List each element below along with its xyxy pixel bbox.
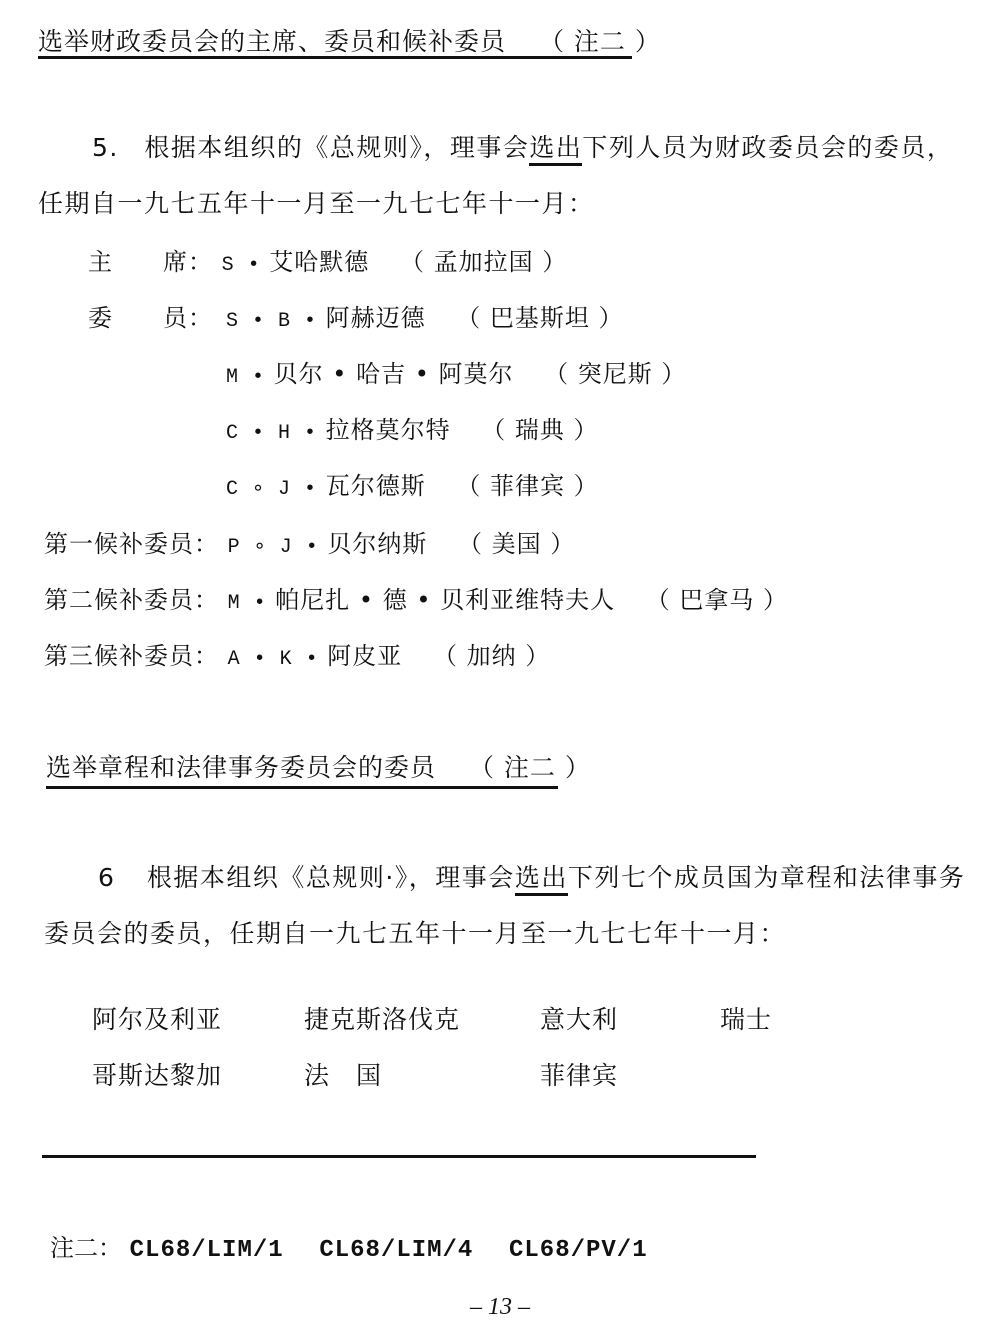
underlined-text: 选出 — [515, 863, 568, 896]
paragraph-text: 根据本组织《总规则·》，理事会 — [147, 863, 515, 892]
country-item: 瑞士 — [720, 1000, 772, 1036]
alternate-initials: P ∘ J • — [228, 536, 319, 559]
member-name: 阿赫迈德 — [326, 304, 426, 332]
heading-note: （ 注二 ） — [469, 753, 591, 782]
chairman-row: 主 席： S • 艾哈默德 （ 孟加拉国 ） — [88, 242, 567, 277]
paragraph-text: 根据本组织的《总规则》，理事会 — [144, 133, 529, 162]
alternate-label: 第一候补委员： — [44, 530, 219, 558]
paragraph-text: 下列七个成员国为章程和法律事务 — [568, 863, 966, 892]
paragraph-number: 5. — [92, 133, 119, 162]
paragraph-5-line1: 5. 根据本组织的《总规则》，理事会选出下列人员为财政委员会的委员， — [92, 128, 953, 164]
paragraph-number: 6 — [98, 863, 115, 892]
member-country: （ 菲律宾 ） — [456, 472, 598, 500]
member-initials: S • B • — [226, 310, 317, 333]
country-item: 意大利 — [540, 1000, 618, 1036]
member-row: S • B • 阿赫迈德 （ 巴基斯坦 ） — [226, 298, 624, 333]
footnote-separator — [42, 1155, 756, 1158]
heading-underline — [46, 786, 558, 789]
member-name: 瓦尔德斯 — [326, 472, 426, 500]
page-number: – 13 – — [470, 1294, 530, 1321]
member-row: C ∘ J • 瓦尔德斯 （ 菲律宾 ） — [226, 466, 599, 501]
member-name: 贝尔 • 哈吉 • 阿莫尔 — [274, 360, 514, 388]
country-item: 法 国 — [304, 1056, 382, 1092]
alternate-name: 贝尔纳斯 — [327, 530, 427, 558]
alternate-row: 第二候补委员： M • 帕尼扎 • 德 • 贝利亚维特夫人 （ 巴拿马 ） — [44, 580, 788, 615]
member-country: （ 突尼斯 ） — [544, 360, 686, 388]
section-heading-legal-committee: 选举章程和法律事务委员会的委员 （ 注二 ） — [46, 748, 591, 784]
member-initials: M • — [226, 366, 265, 389]
footnote: 注二： CL68/LIM/1 CL68/LIM/4 CL68/PV/1 — [50, 1228, 648, 1264]
alternate-label: 第二候补委员： — [44, 586, 219, 614]
footnote-ref: CL68/LIM/4 — [319, 1237, 473, 1264]
chairman-country: （ 孟加拉国 ） — [400, 248, 567, 276]
alternate-initials: M • — [228, 592, 267, 615]
member-country: （ 巴基斯坦 ） — [456, 304, 623, 332]
member-country: （ 瑞典 ） — [481, 416, 598, 444]
member-initials: C • H • — [226, 422, 317, 445]
alternate-country: （ 加纳 ） — [433, 642, 550, 670]
member-name: 拉格莫尔特 — [326, 416, 451, 444]
members-label: 委 员： — [88, 298, 213, 333]
chairman-name: 艾哈默德 — [269, 248, 369, 276]
footnote-ref: CL68/LIM/1 — [130, 1237, 284, 1264]
alternate-row: 第三候补委员： A • K • 阿皮亚 （ 加纳 ） — [44, 636, 550, 671]
alternate-name: 阿皮亚 — [327, 642, 402, 670]
alternate-row: 第一候补委员： P ∘ J • 贝尔纳斯 （ 美国 ） — [44, 524, 575, 559]
alternate-country: （ 巴拿马 ） — [646, 586, 788, 614]
footnote-label: 注二： — [50, 1234, 122, 1262]
underlined-text: 选出 — [529, 133, 582, 166]
member-row: C • H • 拉格莫尔特 （ 瑞典 ） — [226, 410, 599, 445]
country-item: 阿尔及利亚 — [92, 1000, 222, 1036]
section-heading-finance-committee: 选举财政委员会的主席、委员和候补委员 （ 注二 ） — [38, 22, 661, 58]
heading-text: 选举财政委员会的主席、委员和候补委员 — [38, 27, 506, 56]
country-item: 菲律宾 — [540, 1056, 618, 1092]
country-item: 捷克斯洛伐克 — [304, 1000, 460, 1036]
heading-note: （ 注二 ） — [539, 27, 661, 56]
footnote-ref: CL68/PV/1 — [509, 1237, 648, 1264]
alternate-name: 帕尼扎 • 德 • 贝利亚维特夫人 — [275, 586, 615, 614]
member-initials: C ∘ J • — [226, 478, 317, 501]
chairman-initials: S • — [222, 254, 261, 277]
paragraph-5-line2: 任期自一九七五年十一月至一九七七年十一月： — [38, 184, 595, 220]
paragraph-text: 下列人员为财政委员会的委员， — [582, 133, 953, 162]
country-item: 哥斯达黎加 — [92, 1056, 222, 1092]
chairman-label: 主 席： — [88, 248, 213, 276]
paragraph-6-line1: 6 根据本组织《总规则·》，理事会选出下列七个成员国为章程和法律事务 — [98, 858, 965, 894]
member-row: M • 贝尔 • 哈吉 • 阿莫尔 （ 突尼斯 ） — [226, 354, 686, 389]
paragraph-6-line2: 委员会的委员，任期自一九七五年十一月至一九七七年十一月： — [44, 914, 786, 950]
heading-underline — [38, 56, 632, 59]
alternate-label: 第三候补委员： — [44, 642, 219, 670]
alternate-country: （ 美国 ） — [458, 530, 575, 558]
alternate-initials: A • K • — [228, 648, 319, 671]
heading-text: 选举章程和法律事务委员会的委员 — [46, 753, 436, 782]
